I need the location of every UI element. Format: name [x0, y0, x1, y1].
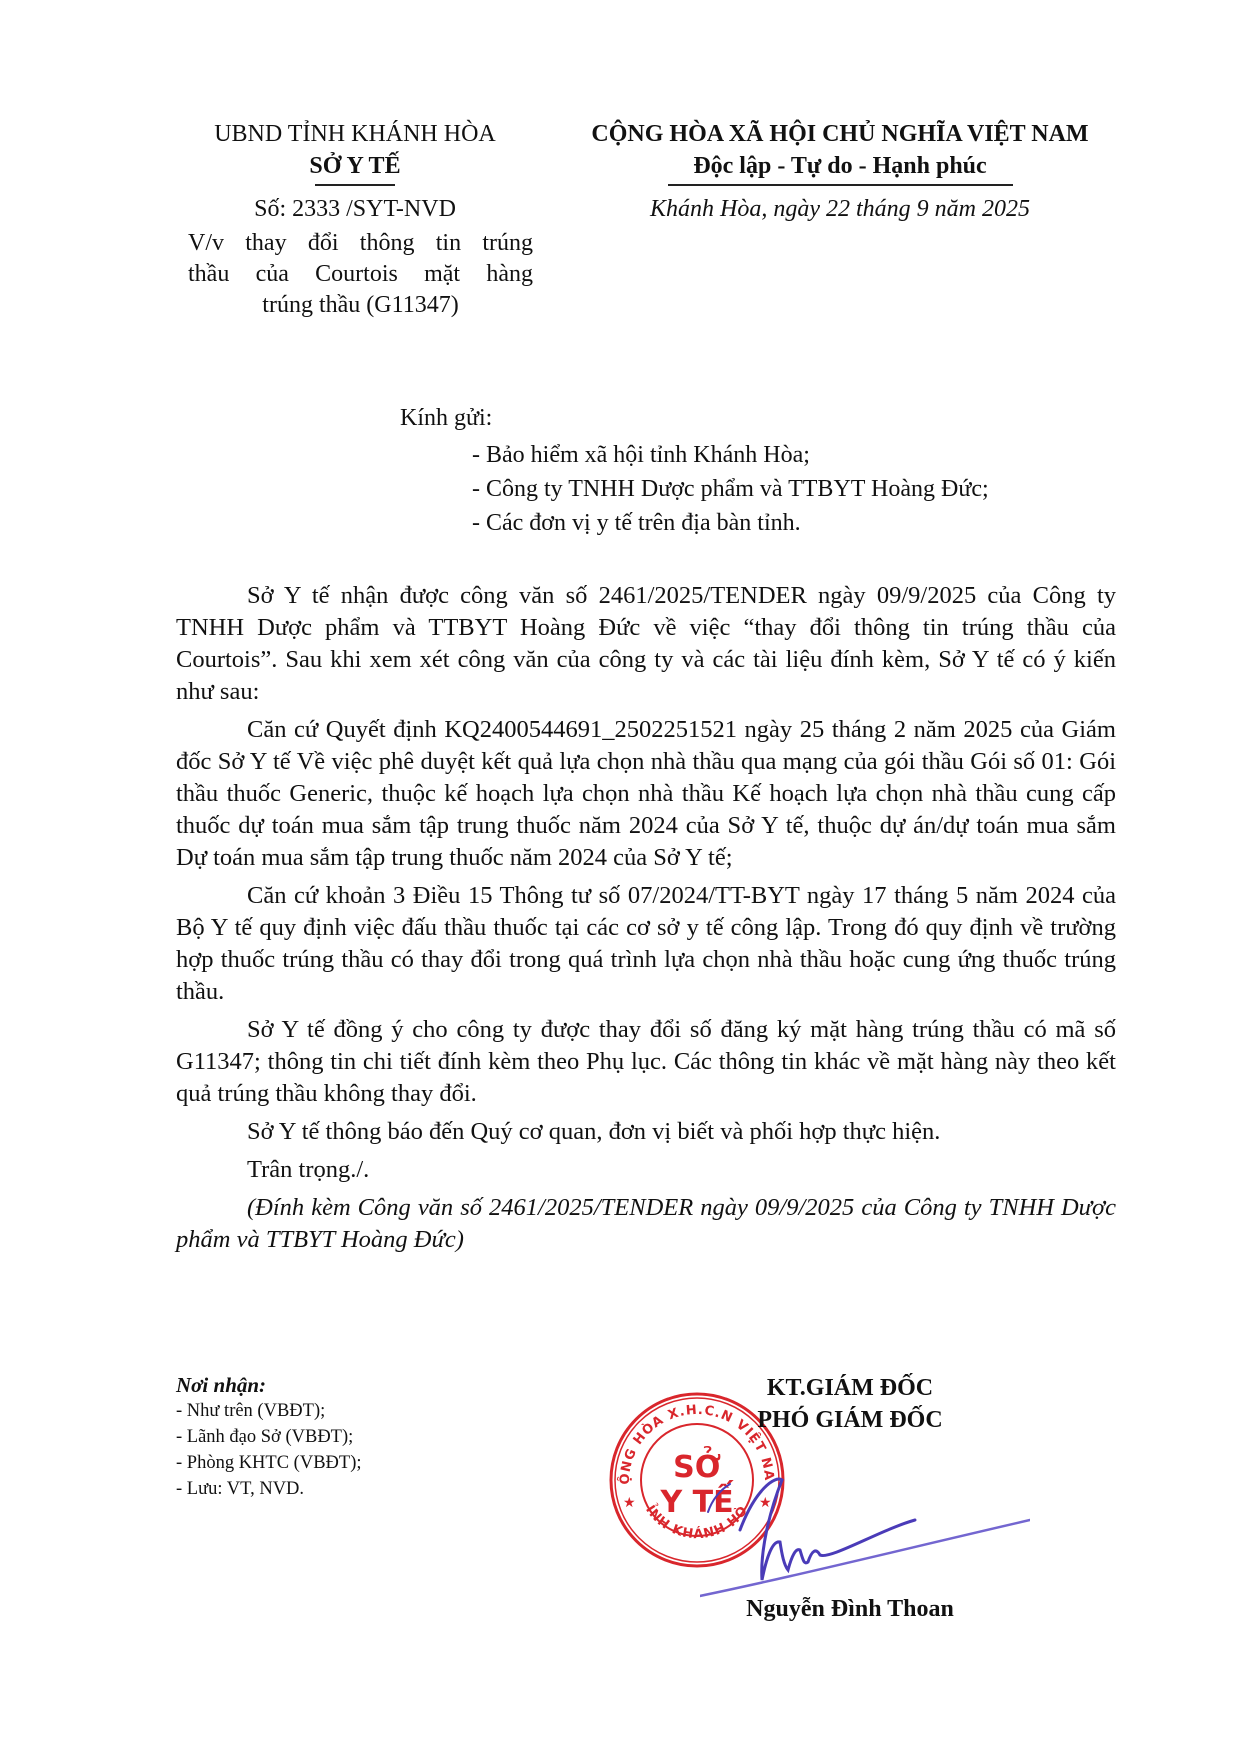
motto-underline [668, 184, 1013, 186]
recipients-block: Nơi nhận: - Như trên (VBĐT); - Lãnh đạo … [176, 1372, 362, 1502]
on-behalf-title: KT.GIÁM ĐỐC [690, 1372, 1010, 1404]
place-and-date: Khánh Hòa, ngày 22 tháng 9 năm 2025 [555, 196, 1125, 223]
signature-title-block: KT.GIÁM ĐỐC PHÓ GIÁM ĐỐC [690, 1372, 1010, 1436]
addressee-item: - Công ty TNHH Dược phẩm và TTBYT Hoàng … [472, 472, 989, 506]
national-motto: Độc lập - Tự do - Hạnh phúc [555, 150, 1125, 182]
deputy-director-title: PHÓ GIÁM ĐỐC [690, 1404, 1010, 1436]
provincial-authority: UBND TỈNH KHÁNH HÒA [165, 118, 545, 150]
addressee-item: - Các đơn vị y tế trên địa bàn tỉnh. [472, 506, 989, 540]
letter-body: Sở Y tế nhận được công văn số 2461/2025/… [176, 580, 1116, 1262]
recipient-item: - Lưu: VT, NVD. [176, 1476, 362, 1502]
addressee-item: - Bảo hiểm xã hội tỉnh Khánh Hòa; [472, 438, 989, 472]
subject-line: V/v thay đổi thông tin trúng thầu của Co… [188, 228, 533, 321]
subject-line-3: trúng thầu (G11347) [188, 290, 533, 321]
closing-phrase: Trân trọng./. [176, 1154, 1116, 1186]
recipients-title: Nơi nhận: [176, 1372, 362, 1398]
svg-text:★: ★ [623, 1496, 636, 1511]
addressees-list: - Bảo hiểm xã hội tỉnh Khánh Hòa; - Công… [472, 438, 989, 540]
recipient-item: - Như trên (VBĐT); [176, 1398, 362, 1424]
agency-name: SỞ Y TẾ [165, 150, 545, 182]
handwritten-signature-icon [700, 1470, 1030, 1600]
addressees-label: Kính gửi: [400, 405, 492, 432]
issuing-authority-block: UBND TỈNH KHÁNH HÒA SỞ Y TẾ [165, 118, 545, 186]
body-paragraph: Căn cứ Quyết định KQ2400544691_250225152… [176, 714, 1116, 874]
agency-underline [315, 184, 395, 186]
body-paragraph: Sở Y tế đồng ý cho công ty được thay đổi… [176, 1014, 1116, 1110]
signer-name: Nguyễn Đình Thoan [690, 1596, 1010, 1623]
nation-title: CỘNG HÒA XÃ HỘI CHỦ NGHĨA VIỆT NAM [555, 118, 1125, 150]
recipient-item: - Lãnh đạo Sở (VBĐT); [176, 1424, 362, 1450]
body-paragraph: Căn cứ khoản 3 Điều 15 Thông tư số 07/20… [176, 880, 1116, 1008]
attachment-note: (Đính kèm Công văn số 2461/2025/TENDER n… [176, 1192, 1116, 1256]
subject-line-2: thầu của Courtois mặt hàng [188, 259, 533, 290]
subject-line-1: V/v thay đổi thông tin trúng [188, 228, 533, 259]
body-paragraph: Sở Y tế thông báo đến Quý cơ quan, đơn v… [176, 1116, 1116, 1148]
national-header-block: CỘNG HÒA XÃ HỘI CHỦ NGHĨA VIỆT NAM Độc l… [555, 118, 1125, 186]
document-number: Số: 2333 /SYT-NVD [165, 196, 545, 223]
recipient-item: - Phòng KHTC (VBĐT); [176, 1450, 362, 1476]
body-paragraph: Sở Y tế nhận được công văn số 2461/2025/… [176, 580, 1116, 708]
